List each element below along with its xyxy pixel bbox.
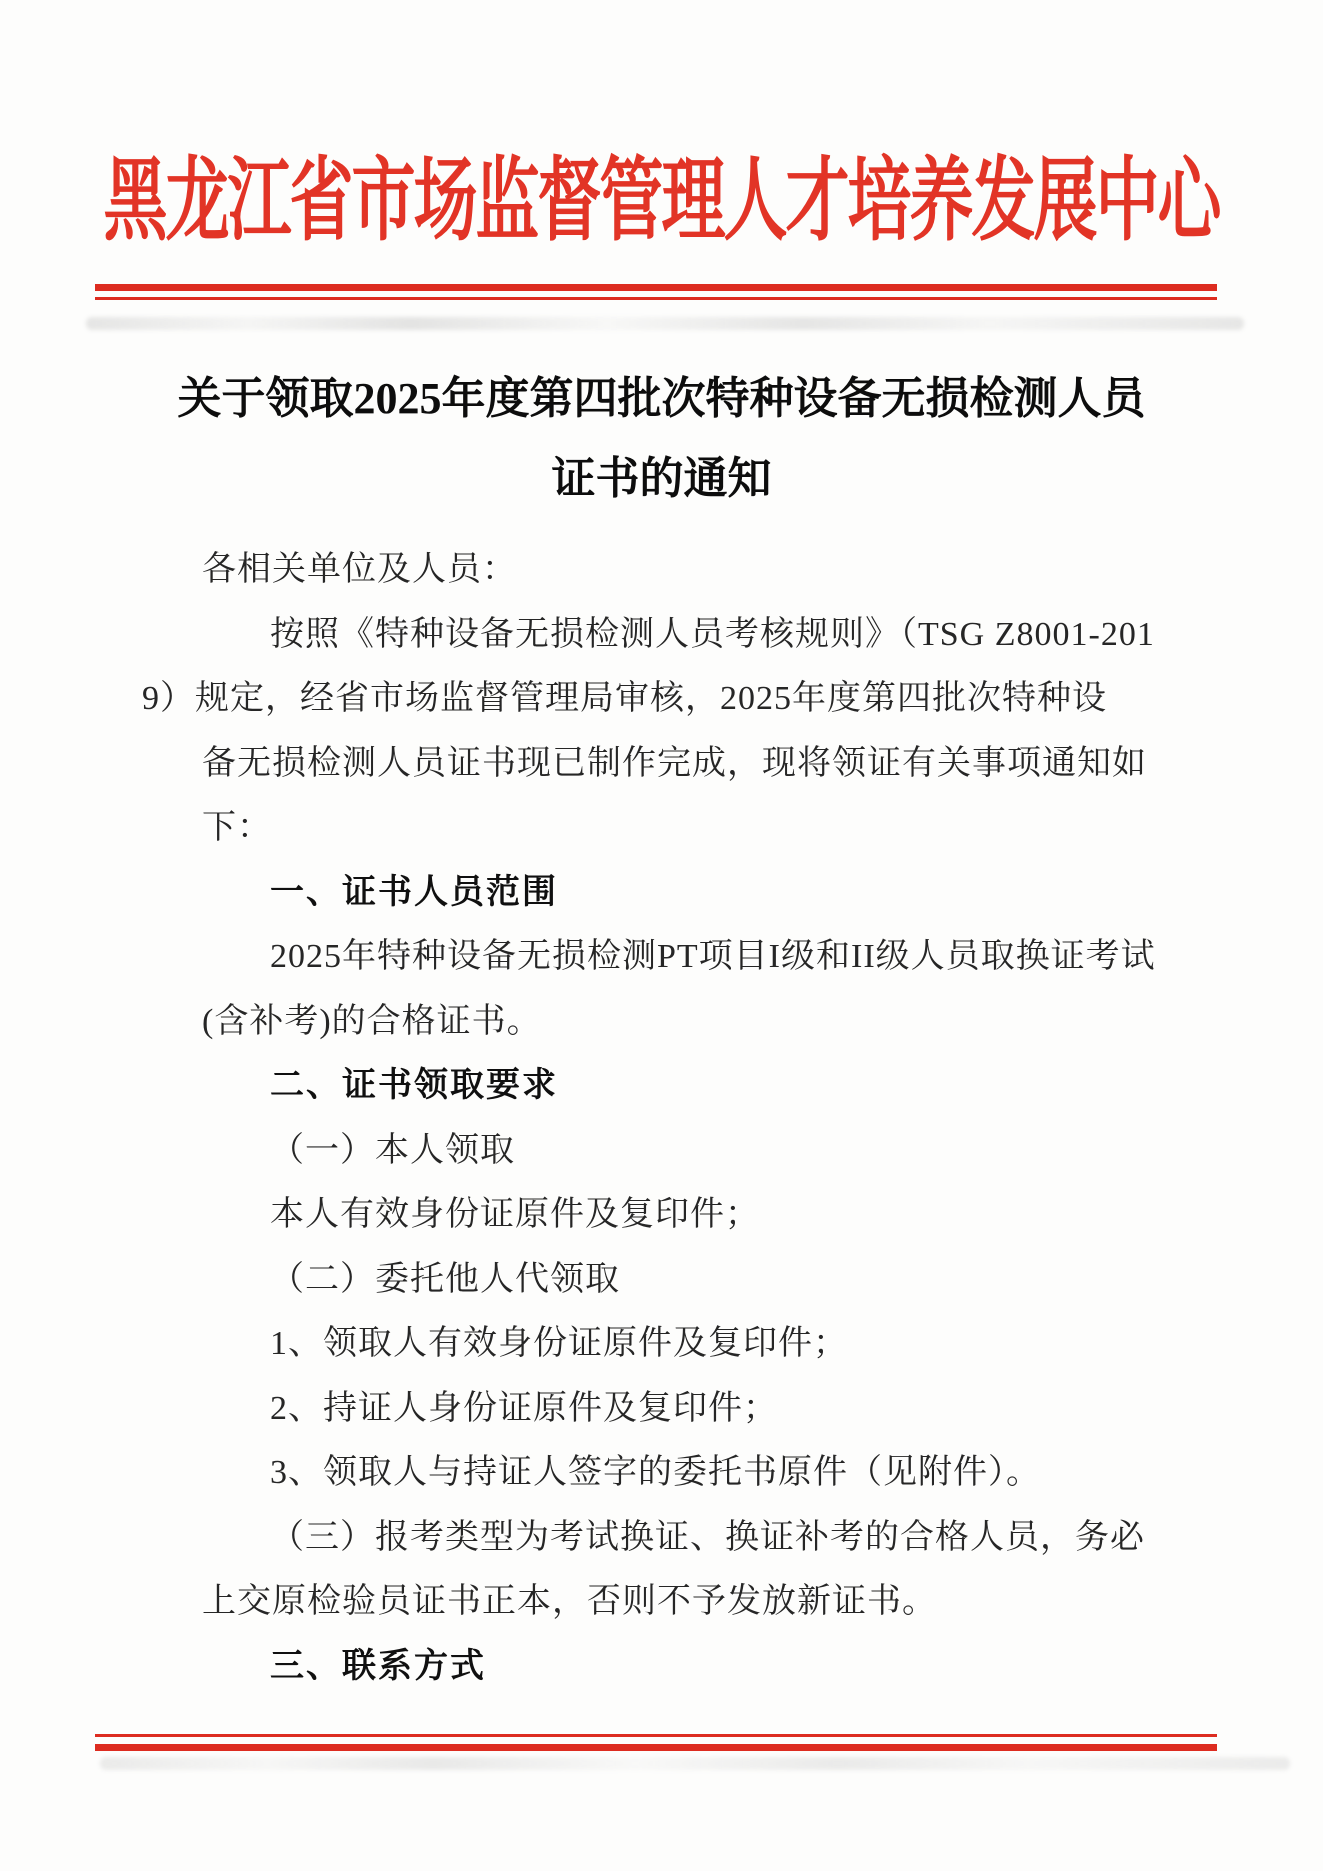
doc-title-line-2: 证书的通知 [0, 442, 1323, 506]
body-line: 本人有效身份证原件及复印件； [0, 1183, 1323, 1248]
body-line: 2、持证人身份证原件及复印件； [0, 1377, 1323, 1442]
body-line: 下： [0, 796, 1323, 861]
section-heading-1: 一、证书人员范围 [0, 861, 1323, 926]
body-line-salutation: 各相关单位及人员： [0, 538, 1323, 603]
body-line: 2025年特种设备无损检测PT项目I级和II级人员取换证考试 [0, 925, 1323, 990]
body-line: （二）委托他人代领取 [0, 1248, 1323, 1313]
scan-artifact-streak [100, 1757, 1290, 1770]
body-line: (含补考)的合格证书。 [0, 990, 1323, 1055]
document-page: 黑龙江省市场监督管理人才培养发展中心 关于领取2025年度第四批次特种设备无损检… [0, 0, 1323, 1871]
section-heading-2: 二、证书领取要求 [0, 1054, 1323, 1119]
doc-body: 各相关单位及人员： 按照《特种设备无损检测人员考核规则》（TSG Z8001-2… [0, 538, 1323, 1699]
body-line: 上交原检验员证书正本，否则不予发放新证书。 [0, 1570, 1323, 1635]
body-line: 9）规定，经省市场监督管理局审核，2025年度第四批次特种设 [0, 667, 1323, 732]
body-line: 备无损检测人员证书现已制作完成，现将领证有关事项通知如 [0, 732, 1323, 797]
body-line: （三）报考类型为考试换证、换证补考的合格人员，务必 [0, 1506, 1323, 1571]
footer-divider-thin [95, 1734, 1217, 1737]
body-line: 3、领取人与持证人签字的委托书原件（见附件）。 [0, 1441, 1323, 1506]
body-line: 1、领取人有效身份证原件及复印件； [0, 1312, 1323, 1377]
section-heading-3: 三、联系方式 [0, 1635, 1323, 1700]
body-line: （一）本人领取 [0, 1119, 1323, 1184]
doc-title-line-1: 关于领取2025年度第四批次特种设备无损检测人员 [0, 362, 1323, 426]
footer-divider-thick [95, 1744, 1217, 1751]
body-line: 按照《特种设备无损检测人员考核规则》（TSG Z8001-201 [0, 603, 1323, 668]
masthead-divider-thin [95, 297, 1217, 300]
masthead-divider-thick [95, 284, 1217, 291]
scan-artifact-streak [86, 317, 1244, 330]
